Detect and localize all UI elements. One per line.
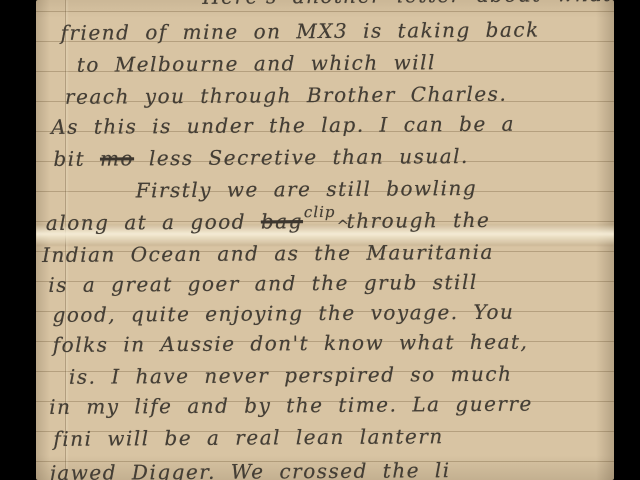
line-text: less Secretive than usual. xyxy=(134,144,469,170)
handwriting-line: folks in Aussie don't know what heat, xyxy=(53,329,529,358)
handwriting-line: Firstly we are still bowling xyxy=(136,175,478,203)
line-text: fini will be a real lean lantern xyxy=(53,424,444,451)
line-text: through the xyxy=(347,208,491,233)
line-text: in my life and by the time. La guerre xyxy=(49,392,533,419)
line-text: along at a good xyxy=(46,209,261,235)
letter-page: Here's another letter about what a frien… xyxy=(36,0,614,480)
handwriting-line: As this is under the lap. I can be a xyxy=(51,111,515,140)
line-text: folks in Aussie don't know what heat, xyxy=(53,330,529,357)
handwriting-line: Indian Ocean and as the Mauritania xyxy=(42,239,494,268)
line-text: friend of mine on MX3 is taking back xyxy=(60,17,539,44)
handwriting-line: Here's another letter about what a xyxy=(202,0,614,10)
handwriting-line: good, quite enjoying the voyage. You xyxy=(52,299,514,328)
line-text: Here's another letter about what a xyxy=(202,0,614,9)
line-text: good, quite enjoying the voyage. You xyxy=(52,300,514,327)
struck-word: mo xyxy=(100,146,134,170)
scan-background: Here's another letter about what a frien… xyxy=(0,0,640,480)
handwriting-line: reach you through Brother Charles. xyxy=(65,81,507,110)
handwriting-line: jawed Digger. We crossed the li xyxy=(50,457,451,480)
line-text: to Melbourne and which will xyxy=(77,50,436,77)
line-text: reach you through Brother Charles. xyxy=(65,82,507,109)
line-text: is. I have never perspired so much xyxy=(69,362,513,389)
handwriting-line: friend of mine on MX3 is taking back xyxy=(60,16,539,45)
line-text: is a great goer and the grub still xyxy=(48,270,478,297)
handwriting-line: in my life and by the time. La guerre xyxy=(49,391,533,420)
insertion-caret: ^ xyxy=(337,217,351,235)
handwriting-line: is. I have never perspired so much xyxy=(69,361,513,390)
struck-word: bag xyxy=(261,209,303,233)
line-text: As this is under the lap. I can be a xyxy=(51,112,515,139)
handwriting-line: fini will be a real lean lantern xyxy=(53,423,444,452)
line-text: jawed Digger. We crossed the li xyxy=(50,458,451,480)
handwriting-line: is a great goer and the grub still xyxy=(48,269,478,298)
line-text: bit xyxy=(53,147,100,171)
line-text: Firstly we are still bowling xyxy=(136,176,478,202)
handwriting-line: bit mo less Secretive than usual. xyxy=(53,143,469,172)
inserted-word: clip xyxy=(304,203,336,221)
handwriting-line: to Melbourne and which will xyxy=(77,49,436,78)
line-text: Indian Ocean and as the Mauritania xyxy=(42,240,494,267)
handwritten-text: Here's another letter about what a frien… xyxy=(36,0,614,480)
handwriting-line: along at a good bagclip^through the xyxy=(46,207,491,238)
